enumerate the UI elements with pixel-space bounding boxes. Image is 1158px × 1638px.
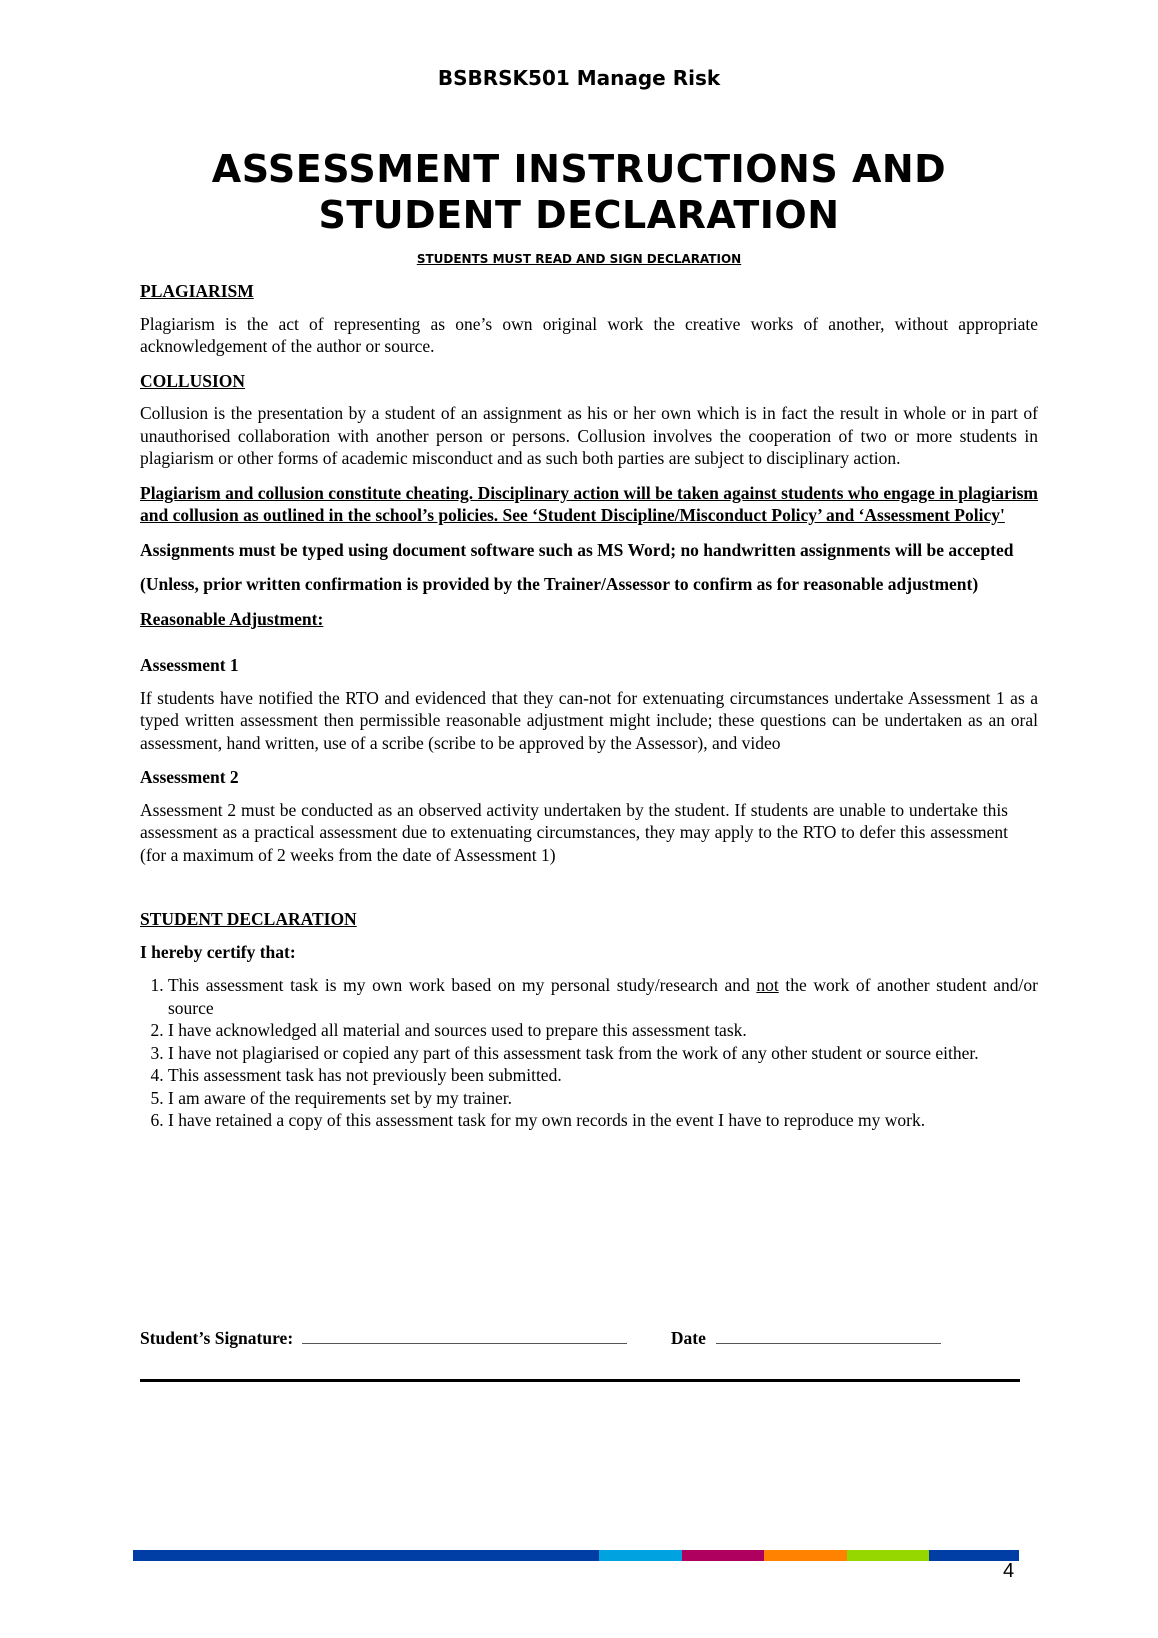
bar-segment-blue	[133, 1550, 599, 1561]
date-label: Date	[671, 1328, 706, 1349]
page-number: 4	[1003, 1560, 1014, 1583]
document-page: BSBRSK501 Manage Risk ASSESSMENT INSTRUC…	[0, 0, 1158, 1638]
declaration-heading: STUDENT DECLARATION	[140, 908, 1038, 931]
plagiarism-heading: PLAGIARISM	[140, 280, 1038, 303]
declaration-item: This assessment task has not previously …	[168, 1064, 1038, 1087]
collusion-text: Collusion is the presentation by a stude…	[140, 402, 1038, 470]
plagiarism-text: Plagiarism is the act of representing as…	[140, 313, 1038, 358]
typed-notice: Assignments must be typed using document…	[140, 539, 1038, 562]
declaration-list: This assessment task is my own work base…	[140, 974, 1038, 1132]
footer-color-bar	[133, 1550, 1019, 1561]
cheating-notice: Plagiarism and collusion constitute chea…	[140, 482, 1038, 527]
bar-segment-cyan	[599, 1550, 682, 1561]
declaration-intro: I hereby certify that:	[140, 941, 1038, 964]
assessment1-text: If students have notified the RTO and ev…	[140, 687, 1038, 755]
page-header: BSBRSK501 Manage Risk	[0, 66, 1158, 90]
declaration-item: I am aware of the requirements set by my…	[168, 1087, 1038, 1110]
declaration-item: I have acknowledged all material and sou…	[168, 1019, 1038, 1042]
document-body: PLAGIARISM Plagiarism is the act of repr…	[140, 280, 1038, 1132]
declaration-item: I have not plagiarised or copied any par…	[168, 1042, 1038, 1065]
signature-row: Student’s Signature: Date	[140, 1328, 941, 1349]
unless-notice: (Unless, prior written confirmation is p…	[140, 573, 1038, 596]
declaration-item: I have retained a copy of this assessmen…	[168, 1109, 1038, 1132]
horizontal-rule	[140, 1379, 1020, 1382]
bar-segment-magenta	[682, 1550, 764, 1561]
signature-field[interactable]	[302, 1329, 627, 1344]
declaration-item: This assessment task is my own work base…	[168, 974, 1038, 1019]
page-title: ASSESSMENT INSTRUCTIONS AND STUDENT DECL…	[0, 146, 1158, 238]
signature-label: Student’s Signature:	[140, 1328, 293, 1349]
subtitle: STUDENTS MUST READ AND SIGN DECLARATION	[0, 252, 1158, 266]
collusion-heading: COLLUSION	[140, 370, 1038, 393]
bar-segment-orange	[764, 1550, 847, 1561]
date-field[interactable]	[716, 1329, 941, 1344]
assessment1-heading: Assessment 1	[140, 654, 1038, 677]
assessment2-text: Assessment 2 must be conducted as an obs…	[140, 799, 1008, 867]
assessment2-heading: Assessment 2	[140, 766, 1038, 789]
bar-segment-green	[847, 1550, 929, 1561]
reasonable-adjustment-heading: Reasonable Adjustment:	[140, 608, 1038, 631]
